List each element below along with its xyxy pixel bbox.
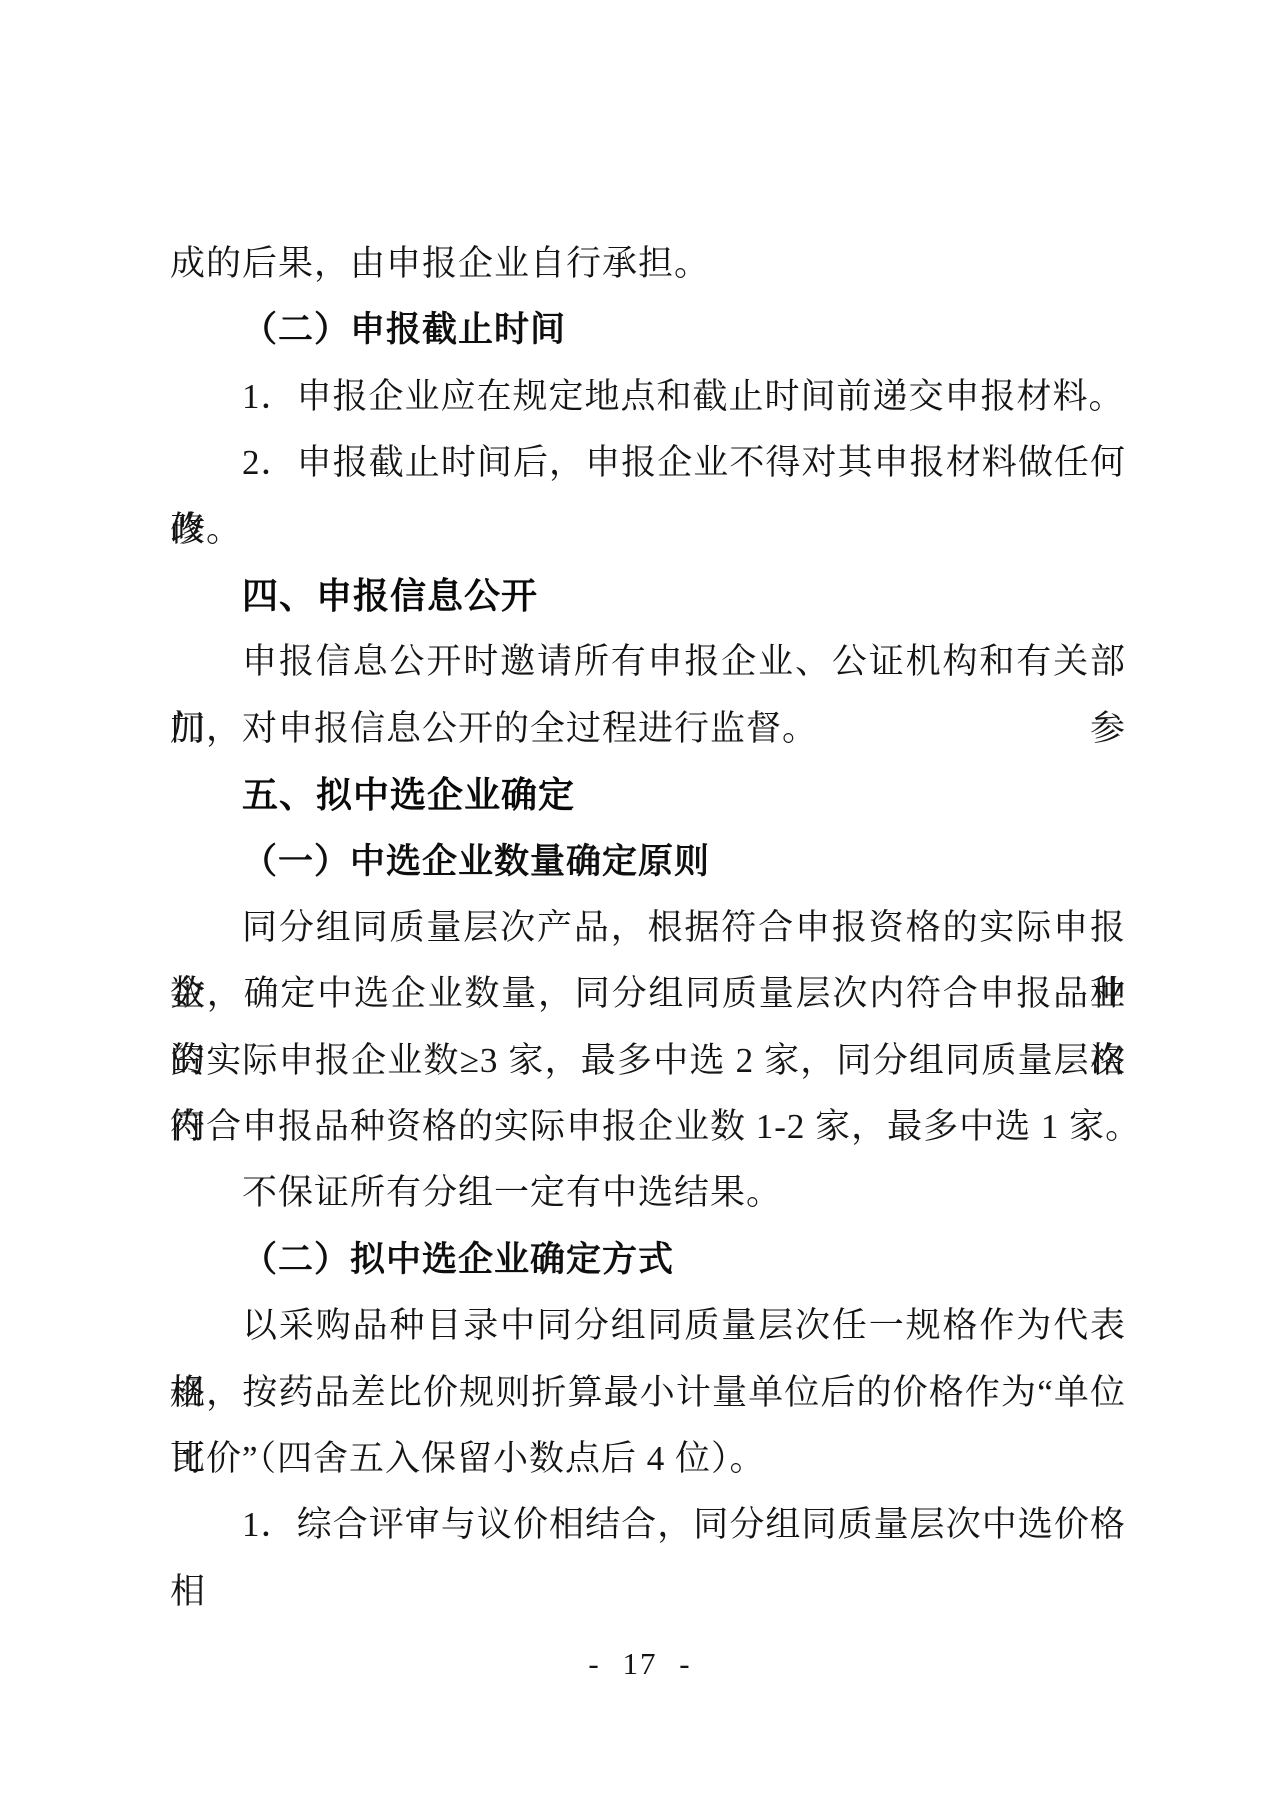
paragraph-line: 格，按药品差比价规则折算最小计量单位后的价格作为“单位可 <box>170 1360 1126 1426</box>
document-page: 成的后果，由申报企业自行承担。 （二）申报截止时间 1．申报企业应在规定地点和截… <box>0 0 1280 1810</box>
paragraph-line: 不保证所有分组一定有中选结果。 <box>170 1160 1126 1226</box>
paragraph-line: 比价”（四舍五入保留小数点后 4 位）。 <box>170 1426 1126 1492</box>
paragraph-line: 成的后果，由申报企业自行承担。 <box>170 231 1126 297</box>
section-heading: 五、拟中选企业确定 <box>170 762 1126 828</box>
subsection-heading: （二）申报截止时间 <box>170 297 1126 363</box>
paragraph-line: 同分组同质量层次产品，根据符合申报资格的实际申报企业 <box>170 895 1126 961</box>
subsection-heading: （二）拟中选企业确定方式 <box>170 1227 1126 1293</box>
paragraph-line: 改。 <box>170 497 1126 563</box>
paragraph-line: 符合申报品种资格的实际申报企业数 1-2 家，最多中选 1 家。 <box>170 1094 1126 1160</box>
section-heading: 四、申报信息公开 <box>170 563 1126 629</box>
paragraph-line: 申报信息公开时邀请所有申报企业、公证机构和有关部门参 <box>170 629 1126 695</box>
paragraph-line: 数，确定中选企业数量，同分组同质量层次内符合申报品种资格 <box>170 961 1126 1027</box>
paragraph-line: 2．申报截止时间后，申报企业不得对其申报材料做任何修 <box>170 430 1126 496</box>
subsection-heading: （一）中选企业数量确定原则 <box>170 829 1126 895</box>
paragraph-line: 以采购品种目录中同分组同质量层次任一规格作为代表规 <box>170 1293 1126 1359</box>
paragraph-line: 的实际申报企业数≥3 家，最多中选 2 家，同分组同质量层次内 <box>170 1028 1126 1094</box>
document-body: 成的后果，由申报企业自行承担。 （二）申报截止时间 1．申报企业应在规定地点和截… <box>170 231 1126 1559</box>
page-number: - 17 - <box>0 1646 1280 1682</box>
paragraph-line: 1．申报企业应在规定地点和截止时间前递交申报材料。 <box>170 364 1126 430</box>
paragraph-line: 1．综合评审与议价相结合，同分组同质量层次中选价格相 <box>170 1492 1126 1558</box>
